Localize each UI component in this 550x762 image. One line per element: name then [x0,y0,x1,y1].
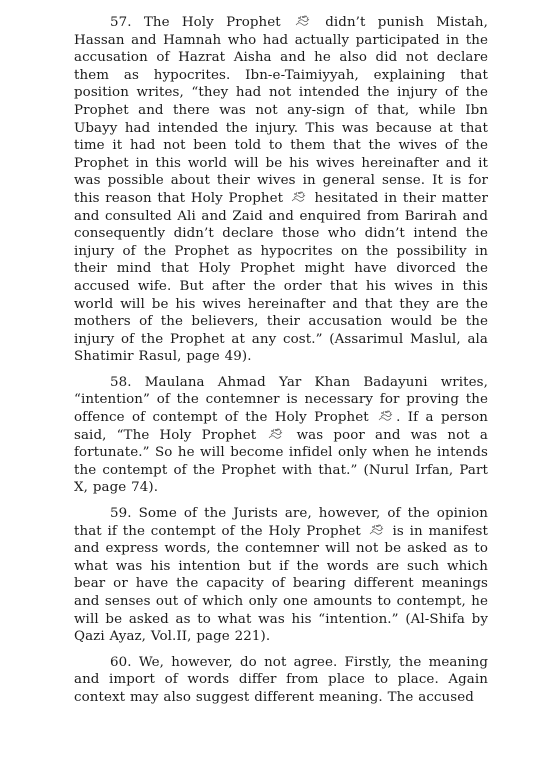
paragraph-60: 60. We, however, do not agree. Firstly, … [74,654,488,707]
salawat-calligraphy-icon [291,191,307,203]
salawat-calligraphy-icon [295,15,311,27]
paragraph-text: hesitated in their matter and consulted … [74,191,488,364]
document-page: 57. The Holy Prophet didn’t punish Mista… [74,14,488,715]
paragraph-number: 58. [110,375,132,390]
paragraph-59: 59. Some of the Jurists are, however, of… [74,505,488,646]
paragraph-text: didn’t punish Mistah, Hassan and Hamnah … [74,15,488,206]
paragraph-number: 57. [110,15,132,30]
paragraph-58: 58. Maulana Ahmad Yar Khan Badayuni writ… [74,374,488,497]
salawat-calligraphy-icon [378,410,394,422]
salawat-calligraphy-icon [268,428,284,440]
paragraph-number: 59. [110,506,132,521]
paragraph-text: We, however, do not agree. Firstly, the … [74,655,488,705]
paragraph-number: 60. [110,655,132,670]
paragraph-57: 57. The Holy Prophet didn’t punish Mista… [74,14,488,366]
salawat-calligraphy-icon [369,524,385,536]
paragraph-text: is in manifest and express words, the co… [74,524,488,645]
paragraph-text: The Holy Prophet [144,15,281,30]
